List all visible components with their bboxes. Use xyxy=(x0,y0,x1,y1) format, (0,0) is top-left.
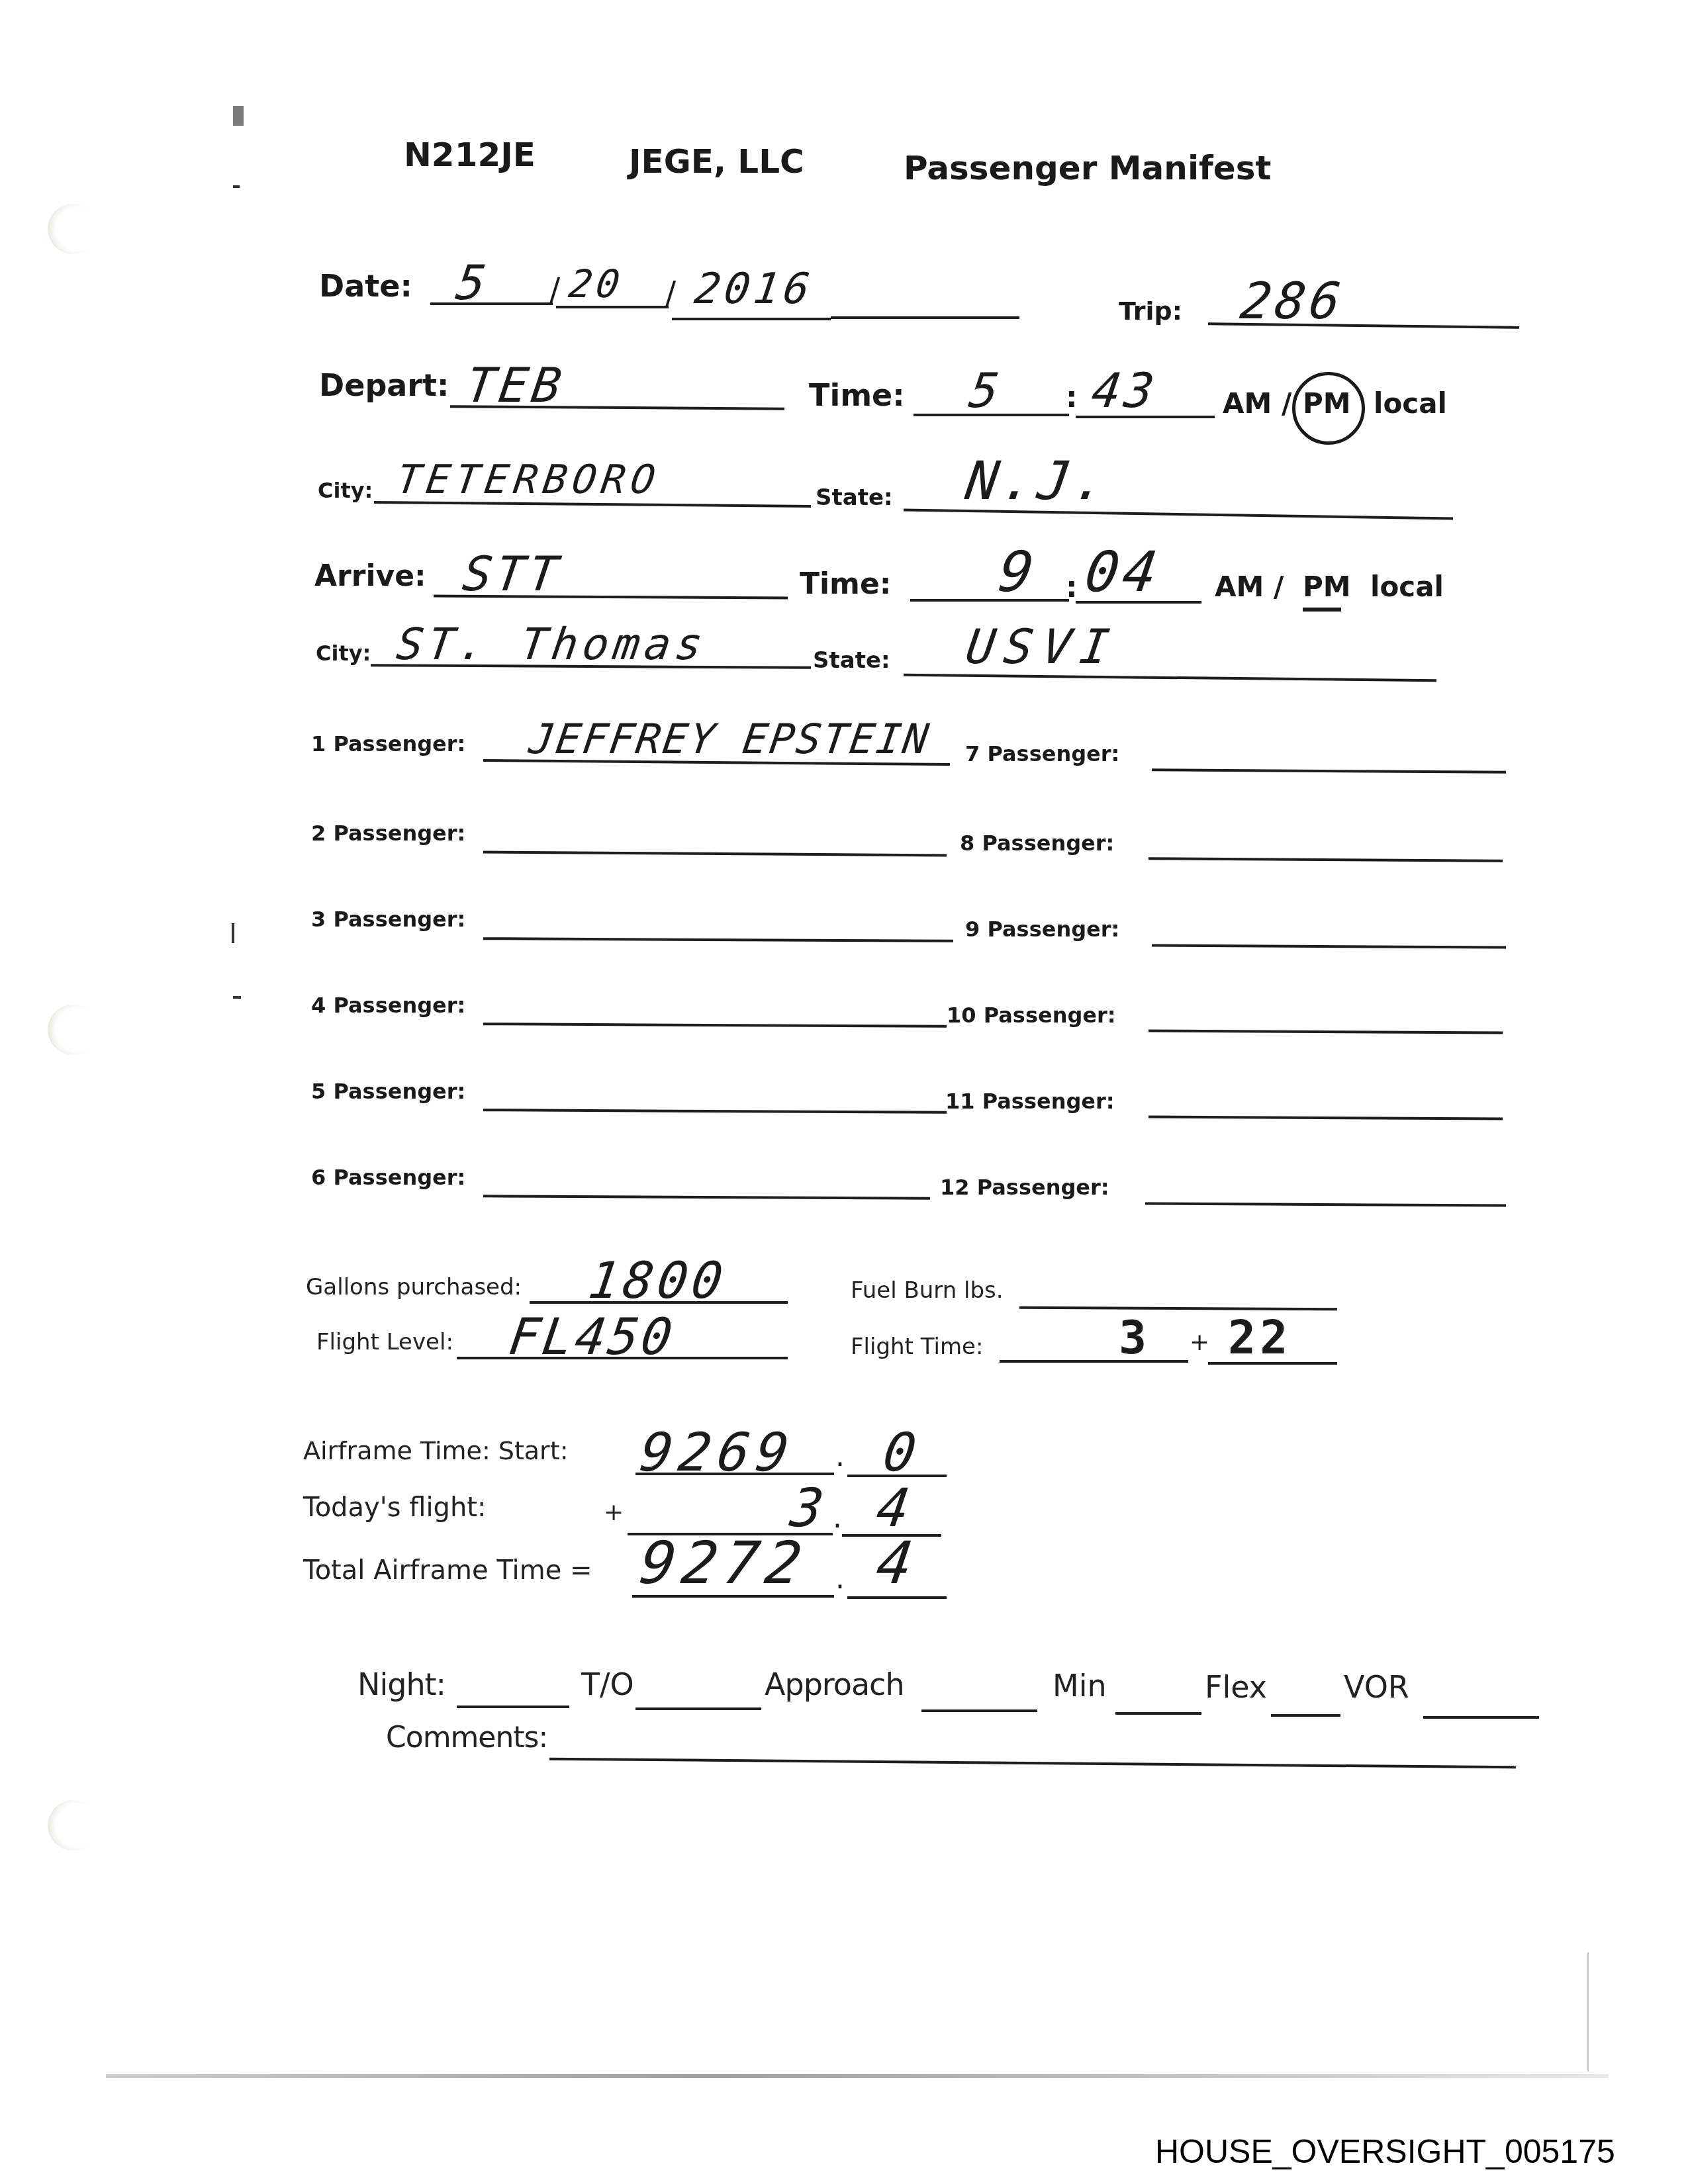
comments-field[interactable] xyxy=(556,1727,1509,1759)
pm-underline-mark xyxy=(1303,608,1341,612)
passenger-9-label: 9 Passenger: xyxy=(965,917,1119,942)
depart-state-label: State: xyxy=(816,484,893,511)
passenger-6-field[interactable] xyxy=(503,1165,927,1194)
scan-mark xyxy=(233,185,240,188)
local-label: local xyxy=(1374,387,1447,420)
takeoff-label: T/O xyxy=(581,1666,634,1702)
vor-label: VOR xyxy=(1344,1669,1409,1705)
flight-time-hours-field[interactable]: 3 xyxy=(1119,1310,1150,1365)
punch-hole-bottom xyxy=(48,1800,98,1850)
passenger-7-field[interactable] xyxy=(1158,738,1503,767)
passenger-6-label: 6 Passenger: xyxy=(311,1165,465,1190)
passenger-5-label: 5 Passenger: xyxy=(311,1079,465,1104)
page-title: Passenger Manifest xyxy=(904,149,1271,187)
passenger-2-field[interactable] xyxy=(503,821,933,850)
passenger-9-field[interactable] xyxy=(1158,913,1503,942)
flex-label: Flex xyxy=(1205,1669,1267,1705)
passenger-1-label: 1 Passenger: xyxy=(311,731,465,756)
depart-time-label: Time: xyxy=(809,377,905,413)
passenger-5-field[interactable] xyxy=(503,1079,933,1108)
scan-mark xyxy=(232,923,234,943)
trip-label: Trip: xyxy=(1119,296,1182,326)
flight-level-label: Flight Level: xyxy=(316,1329,453,1355)
decimal-point: . xyxy=(835,1562,845,1596)
passenger-11-label: 11 Passenger: xyxy=(945,1089,1115,1114)
arrive-time-label: Time: xyxy=(800,567,891,601)
date-year-field[interactable]: 2016 xyxy=(692,265,817,314)
passenger-8-label: 8 Passenger: xyxy=(960,831,1114,856)
airframe-start-whole-field[interactable]: 9269 xyxy=(636,1422,799,1483)
decimal-point: . xyxy=(835,1439,845,1473)
approach-label: Approach xyxy=(765,1666,904,1702)
page-edge xyxy=(106,2074,1609,2078)
pm-option-selected[interactable]: PM xyxy=(1303,570,1351,603)
arrive-airport-field[interactable]: STT xyxy=(459,546,565,602)
date-day-field[interactable]: 20 xyxy=(566,261,626,306)
scan-mark xyxy=(233,106,244,126)
total-airframe-label: Total Airframe Time = xyxy=(303,1555,592,1586)
tail-number: N212JE xyxy=(404,136,536,174)
passenger-10-label: 10 Passenger: xyxy=(947,1003,1116,1028)
scan-mark xyxy=(233,996,241,999)
flight-time-minutes-field[interactable]: 22 xyxy=(1228,1310,1291,1365)
decimal-point: . xyxy=(833,1501,842,1535)
passenger-1-field[interactable]: JEFFREY EPSTEIN xyxy=(526,715,933,763)
depart-label: Depart: xyxy=(319,367,449,403)
pm-circle-mark xyxy=(1292,372,1365,445)
depart-airport-field[interactable]: TEB xyxy=(463,357,569,413)
flight-time-separator: + xyxy=(1190,1329,1209,1356)
depart-city-field[interactable]: TETERBORO xyxy=(394,457,663,503)
depart-time-minute-field[interactable]: 43 xyxy=(1088,363,1162,418)
arrive-city-label: City: xyxy=(316,641,371,666)
page-edge xyxy=(1587,1952,1589,2071)
date-label: Date: xyxy=(319,268,412,304)
fuel-burn-label: Fuel Burn lbs. xyxy=(851,1277,1004,1304)
passenger-11-field[interactable] xyxy=(1158,1085,1503,1115)
depart-city-label: City: xyxy=(318,478,373,503)
comments-label: Comments: xyxy=(386,1721,547,1754)
arrive-state-label: State: xyxy=(813,647,890,674)
flight-level-field[interactable]: FL450 xyxy=(506,1307,679,1366)
arrive-label: Arrive: xyxy=(314,559,426,593)
company-name: JEGE, LLC xyxy=(629,142,804,181)
todays-flight-label: Today's flight: xyxy=(303,1492,486,1523)
plus-operator: + xyxy=(604,1499,624,1526)
bates-number: HOUSE_OVERSIGHT_005175 xyxy=(1155,2132,1615,2171)
min-label: Min xyxy=(1053,1668,1107,1704)
date-separator: / xyxy=(665,275,676,312)
passenger-2-label: 2 Passenger: xyxy=(311,821,465,846)
gallons-label: Gallons purchased: xyxy=(306,1274,522,1300)
arrive-time-minute-field[interactable]: 04 xyxy=(1081,539,1165,604)
gallons-field[interactable]: 1800 xyxy=(585,1251,731,1310)
arrive-city-field[interactable]: ST. Thomas xyxy=(394,619,710,670)
passenger-4-label: 4 Passenger: xyxy=(311,993,465,1018)
passenger-8-field[interactable] xyxy=(1158,827,1503,856)
am-option[interactable]: AM / xyxy=(1223,387,1291,420)
passenger-12-field[interactable] xyxy=(1158,1171,1503,1201)
passenger-4-field[interactable] xyxy=(503,993,933,1022)
time-separator: : xyxy=(1066,381,1078,414)
arrive-time-hour-field[interactable]: 9 xyxy=(995,539,1041,604)
punch-hole-top xyxy=(48,204,98,254)
passenger-7-label: 7 Passenger: xyxy=(965,741,1119,766)
fuel-burn-field[interactable] xyxy=(1023,1274,1334,1303)
passenger-10-field[interactable] xyxy=(1158,999,1503,1028)
passenger-12-label: 12 Passenger: xyxy=(940,1175,1109,1200)
total-airframe-tenth-field[interactable]: 4 xyxy=(872,1529,921,1597)
local-label: local xyxy=(1370,570,1444,603)
total-airframe-whole-field[interactable]: 9272 xyxy=(636,1529,812,1597)
night-label: Night: xyxy=(357,1666,445,1702)
am-option[interactable]: AM / xyxy=(1215,570,1284,603)
trip-number-field[interactable]: 286 xyxy=(1237,271,1348,330)
arrive-state-field[interactable]: USVI xyxy=(962,619,1122,674)
passenger-3-field[interactable] xyxy=(503,907,933,936)
depart-time-hour-field[interactable]: 5 xyxy=(966,363,1006,418)
punch-hole-middle xyxy=(48,1005,98,1055)
depart-state-field[interactable]: N.J. xyxy=(962,450,1114,512)
date-separator: / xyxy=(549,271,560,308)
passenger-3-label: 3 Passenger: xyxy=(311,907,465,932)
flight-time-label: Flight Time: xyxy=(851,1334,983,1360)
airframe-start-label: Airframe Time: Start: xyxy=(303,1436,568,1465)
time-separator: : xyxy=(1066,570,1078,604)
